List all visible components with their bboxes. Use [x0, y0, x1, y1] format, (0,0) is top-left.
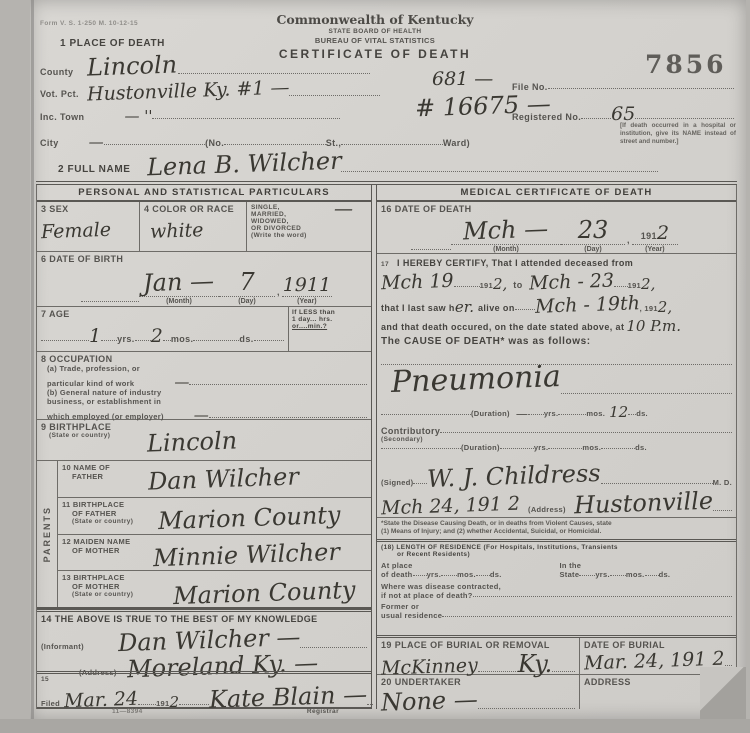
age-row: 7 AGE 1 yrs. 2 mos. ds.: [37, 307, 371, 352]
undertaker-label: 20 UNDERTAKER: [381, 677, 575, 687]
dotted-line: [411, 249, 451, 250]
dotted-line: [81, 301, 139, 302]
scan-bottom-edge: [0, 719, 750, 733]
mother-birthplace-row: 13 BIRTHPLACE OF MOTHER (State or countr…: [58, 571, 371, 607]
sex-label: 3 SEX: [41, 204, 135, 214]
to-word: to: [513, 280, 522, 290]
full-name-row: 2 FULL NAME Lena B. Wilcher: [58, 150, 658, 175]
dotted-line: [473, 596, 732, 597]
dotted-line: [289, 95, 380, 96]
duration2-mos-unit: mos.: [582, 443, 601, 452]
file-no-label: File No.: [512, 82, 548, 92]
res2-mos: mos.: [626, 570, 645, 579]
inc-town-label: Inc. Town: [40, 112, 84, 122]
dotted-line: [254, 340, 284, 341]
year-sublabel: (Year): [645, 246, 664, 253]
dotted-line: [610, 575, 626, 576]
month-sublabel: (Month): [166, 298, 192, 305]
registered-no-row: Registered No. 65: [512, 103, 734, 122]
hospital-note: [If death occurred in a hospital or inst…: [620, 122, 736, 146]
medical-section: MEDICAL CERTIFICATE OF DEATH 16 DATE OF …: [377, 185, 737, 709]
undertaker-value: None —: [381, 685, 479, 716]
dotted-line: [104, 144, 206, 145]
registered-no-label: Registered No.: [512, 112, 581, 122]
dotted-line: [178, 73, 371, 74]
age-less-note-3: or....min.?: [292, 323, 368, 330]
registrar-signature: Kate Blain —: [209, 680, 368, 714]
bureau-title: BUREAU OF VITAL STATISTICS: [225, 36, 525, 45]
board-title: STATE BOARD OF HEALTH: [225, 28, 525, 35]
duration-mos-unit: mos.: [586, 409, 605, 418]
age-label: 7 AGE: [41, 309, 284, 319]
file-number-handwritten: 681 —: [432, 68, 493, 90]
informant-label: (Informant): [41, 642, 84, 651]
file-no-row: File No.: [512, 82, 734, 92]
dotted-line: [548, 88, 734, 89]
of-death-label: of death: [381, 570, 413, 579]
attest-statement: 14 THE ABOVE IS TRUE TO THE BEST OF MY K…: [41, 614, 367, 624]
dob-day-value: 7: [239, 268, 254, 296]
age-years-value: 1: [89, 325, 101, 347]
city-no-label: (No.: [205, 138, 224, 148]
dotted-line: [581, 118, 611, 119]
filed-year-printed: 191: [156, 699, 169, 708]
md-label: M. D.: [713, 478, 732, 487]
dod-day-value: 23: [578, 216, 609, 244]
death-occurred-line: and that death occured, on the date stat…: [381, 322, 624, 332]
saw-year-handwritten: 2,: [658, 298, 672, 316]
dotted-line: [442, 616, 732, 617]
dotted-line: [635, 118, 734, 119]
residence-block: (18) LENGTH OF RESIDENCE (For Hospitals,…: [377, 542, 736, 635]
res2-ds: ds.: [659, 570, 671, 579]
res-ds: ds.: [490, 570, 502, 579]
dotted-line: [628, 414, 636, 415]
dotted-line: [135, 340, 151, 341]
dotted-line: [341, 144, 443, 145]
residence-label-2: or Recent Residents): [397, 551, 732, 558]
residence-at-place: At place of death yrs. mos. ds.: [381, 561, 549, 579]
dob-label: 6 DATE OF BIRTH: [41, 254, 367, 264]
file-number-stamp: 7856: [645, 50, 727, 79]
dotted-line: [381, 414, 471, 415]
mother-name-row: 12 MAIDEN NAME OF MOTHER Minnie Wilcher: [58, 535, 371, 571]
occupation-b-line1: (b) General nature of industry: [47, 388, 367, 397]
day-sublabel: (Day): [584, 246, 602, 253]
occupation-row: 8 OCCUPATION (a) Trade, profession, or p…: [37, 352, 371, 420]
marital-line-4: OR DIVORCED: [251, 225, 367, 232]
signed-address-value: Hustonville: [573, 487, 713, 520]
dotted-line: [614, 286, 628, 287]
signed-address-label: (Address): [528, 505, 566, 514]
precinct-row: Vot. Pct. Hustonville Ky. #1 —: [40, 80, 380, 99]
commonwealth-title: Commonwealth of Kentucky: [225, 12, 525, 27]
birthplace-value: Lincoln: [147, 427, 238, 458]
occupation-a-line1: (a) Trade, profession, or: [47, 364, 367, 373]
city-ward-label: Ward): [443, 138, 470, 148]
age-less-note-1: If LESS than: [292, 309, 368, 316]
inc-town-value: — '': [124, 107, 152, 125]
dod-year-group: 1912 (Year): [632, 222, 678, 253]
parents-vertical-label-cell: PARENTS: [37, 461, 58, 607]
filed-row: 15 Filed Mar. 24 191 2 Kate Blain — Regi…: [37, 671, 371, 709]
dotted-line: [552, 671, 575, 672]
dotted-line: [440, 432, 732, 433]
plate-number: 11—8394: [112, 708, 143, 715]
burial-row: 19 PLACE OF BURIAL OR REMOVAL McKinney K…: [377, 635, 736, 675]
birthplace-row: 9 BIRTHPLACE (State or country) Lincoln: [37, 420, 371, 461]
dod-year-handwritten: 2: [657, 222, 669, 244]
parents-vertical-label: PARENTS: [42, 506, 52, 562]
day-sublabel: (Day): [238, 298, 256, 305]
year-sublabel: (Year): [297, 298, 316, 305]
at-place-label: At place: [381, 561, 549, 570]
cause-of-death-label: The CAUSE OF DEATH* was as follows:: [381, 336, 732, 347]
place-of-death-label: 1 PLACE OF DEATH: [60, 38, 165, 49]
dotted-line: [441, 575, 457, 576]
certificate-body: PERSONAL AND STATISTICAL PARTICULARS 3 S…: [36, 181, 737, 709]
dotted-line: [561, 393, 732, 394]
dotted-line: [601, 448, 635, 449]
signature-block: (Signed) W. J. Childress M. D. Mch 24, 1…: [377, 460, 736, 517]
dotted-line: [713, 510, 732, 511]
dotted-line: [101, 340, 117, 341]
cause-of-death-block: Pneumonia (Duration) — yrs. mos. 12 ds.: [377, 352, 736, 424]
dotted-line: [548, 448, 582, 449]
residence-in-state: In the State yrs. mos. ds.: [549, 561, 732, 579]
age-months-unit: mos.: [171, 334, 194, 344]
attended-to-date: Mch - 23: [528, 270, 614, 295]
certify-intro: I HEREBY CERTIFY, That I attended deceas…: [397, 258, 633, 268]
dotted-line: [179, 704, 209, 705]
dotted-line: [478, 708, 575, 709]
occupation-a-line2: particular kind of work: [47, 379, 134, 388]
secondary-note: (Secondary): [381, 436, 732, 443]
county-label: County: [40, 67, 73, 77]
marital-value: —: [334, 198, 353, 220]
former-residence-line1: Former or: [381, 602, 732, 611]
dotted-line: [601, 483, 713, 484]
marital-cell: SINGLE, MARRIED, WIDOWED, OR DIVORCED (W…: [246, 202, 371, 251]
age-less-note-2: 1 day... hrs.: [292, 316, 368, 323]
certificate-scan: Form V. S. 1-250 M. 10-12-15 Commonwealt…: [0, 0, 750, 733]
duration2-yrs-unit: yrs.: [534, 443, 549, 452]
mother-birthplace-value: Marion County: [173, 576, 356, 610]
sex-value: Female: [41, 219, 112, 243]
filed-label: Filed: [41, 699, 60, 708]
age-less-cell: If LESS than 1 day... hrs. or....min.?: [288, 307, 371, 351]
res-mos: mos.: [457, 570, 476, 579]
filed-year-handwritten: 2: [169, 693, 179, 711]
dotted-line: [478, 671, 518, 672]
inc-town-row: Inc. Town — '': [40, 107, 340, 122]
last-saw-date: Mch - 19th: [534, 292, 640, 318]
where-contracted-line1: Where was disease contracted,: [381, 582, 732, 591]
age-cell: 7 AGE 1 yrs. 2 mos. ds.: [37, 307, 288, 351]
dotted-line: [454, 286, 480, 287]
residence-label-1: (18) LENGTH OF RESIDENCE (For Hospitals,…: [381, 544, 732, 551]
father-birthplace-row: 11 BIRTHPLACE OF FATHER (State or countr…: [58, 498, 371, 535]
scan-edge-line: [31, 0, 34, 733]
dotted-line: [558, 414, 586, 415]
dotted-line: [41, 340, 89, 341]
dotted-line: [413, 483, 427, 484]
personal-section-title: PERSONAL AND STATISTICAL PARTICULARS: [37, 185, 371, 202]
dotted-line: [515, 309, 535, 310]
burial-state-value: Ky.: [518, 650, 552, 678]
footnote-line2: (1) Means of Injury; and (2) whether Acc…: [381, 528, 732, 537]
dotted-line: [476, 575, 490, 576]
dob-year-group: 1911 (Year): [282, 274, 332, 305]
dob-month-group: Jan — (Month): [139, 268, 219, 305]
dotted-line: [528, 414, 544, 415]
contributory-label: Contributory: [381, 426, 440, 436]
dotted-line: [138, 704, 156, 705]
parents-block: PARENTS 10 NAME OF FATHER Dan Wilcher 11…: [37, 461, 371, 609]
county-value: Lincoln: [87, 50, 178, 81]
dod-year-printed: 191: [641, 231, 657, 241]
month-sublabel: (Month): [493, 246, 519, 253]
certification-block: 17 I HEREBY CERTIFY, That I attended dec…: [377, 254, 736, 352]
dod-month-group: Mch — (Month): [451, 216, 561, 253]
last-saw-pre: that I last saw h: [381, 303, 455, 313]
state-label: State: [559, 570, 579, 579]
duration2-ds-unit: ds.: [635, 443, 647, 452]
age-years-unit: yrs.: [117, 334, 135, 344]
attended-from-date: Mch 19: [381, 270, 454, 295]
footnote-block: *State the Disease Causing Death, or in …: [377, 517, 736, 542]
marital-note: (Write the word): [251, 232, 367, 239]
dotted-line: [645, 575, 659, 576]
dod-label: 16 DATE OF DEATH: [381, 204, 732, 214]
duration-ds-unit: ds.: [636, 409, 648, 418]
city-row: City — (No. St., Ward): [40, 133, 470, 148]
last-saw-pronoun: er.: [455, 298, 474, 316]
precinct-label: Vot. Pct.: [40, 89, 79, 99]
to-year-printed: 191: [628, 281, 641, 290]
full-name-label: 2 FULL NAME: [58, 164, 131, 175]
dotted-line: [189, 384, 367, 385]
physician-signature: W. J. Childress: [427, 459, 601, 493]
in-the-label: In the: [559, 561, 732, 570]
dotted-line: [300, 647, 367, 648]
where-contracted-line2: if not at place of death?: [381, 591, 473, 600]
duration-days-value: 12: [609, 403, 628, 421]
undertaker-cell: 20 UNDERTAKER None —: [377, 675, 579, 709]
age-months-value: 2: [151, 325, 163, 347]
dotted-line: [163, 340, 171, 341]
dotted-line: [209, 417, 367, 418]
dotted-line: [500, 448, 534, 449]
dotted-line: [224, 144, 326, 145]
race-cell: 4 COLOR OR RACE white: [139, 202, 246, 251]
res-yrs: yrs.: [427, 570, 442, 579]
burial-place-label: 19 PLACE OF BURIAL OR REMOVAL: [381, 640, 575, 650]
cause-of-death-value: Pneumonia: [390, 359, 561, 400]
mother-name-value: Minnie Wilcher: [153, 538, 341, 573]
dob-year-value: 1911: [283, 274, 331, 296]
personal-section: PERSONAL AND STATISTICAL PARTICULARS 3 S…: [36, 185, 371, 709]
dotted-line: [367, 704, 373, 705]
last-saw-mid: alive on: [478, 303, 515, 313]
county-row: County Lincoln: [40, 52, 370, 77]
duration-label: (Duration): [471, 409, 510, 418]
date-of-death-row: 16 DATE OF DEATH Mch — (Month) 23 (Day) …: [377, 202, 736, 254]
death-time-value: 10 P.m.: [626, 317, 681, 335]
father-name-value: Dan Wilcher: [148, 462, 300, 495]
dob-month-value: Jan —: [143, 267, 215, 297]
signed-date-value: Mch 24, 191 2: [381, 493, 521, 520]
footnote-line1: *State the Disease Causing Death, or in …: [381, 520, 732, 529]
from-year-handwritten: 2,: [493, 275, 507, 293]
form-number: Form V. S. 1-250 M. 10-12-15: [40, 20, 138, 27]
torn-corner: [700, 667, 746, 719]
duration-dash: —: [516, 407, 528, 421]
res2-yrs: yrs.: [595, 570, 610, 579]
dob-day-group: 7 (Day): [219, 268, 275, 305]
burial-place-cell: 19 PLACE OF BURIAL OR REMOVAL McKinney K…: [377, 638, 579, 674]
certify-number: 17: [381, 261, 389, 268]
former-residence-line2: usual residence: [381, 611, 442, 620]
city-value: —: [89, 133, 104, 151]
father-name-row: 10 NAME OF FATHER Dan Wilcher: [58, 461, 371, 498]
sex-cell: 3 SEX Female: [37, 202, 139, 251]
race-value: white: [150, 219, 204, 243]
contributory-block: Contributory (Secondary) (Duration) yrs.…: [377, 424, 736, 460]
dotted-line: [341, 171, 658, 172]
sex-race-marital-row: 3 SEX Female 4 COLOR OR RACE white SINGL…: [37, 202, 371, 252]
dotted-line: [579, 575, 595, 576]
signed-label: (Signed): [381, 478, 413, 487]
occupation-b-line2: business, or establishment in: [47, 397, 367, 406]
dotted-line: [725, 665, 732, 666]
dotted-line: [193, 340, 239, 341]
dod-day-group: 23 (Day): [561, 216, 625, 253]
age-days-unit: ds.: [239, 334, 253, 344]
comma: ,: [277, 287, 280, 297]
from-year-printed: 191: [480, 281, 493, 290]
duration2-label: (Duration): [461, 443, 500, 452]
informant-block: 14 THE ABOVE IS TRUE TO THE BEST OF MY K…: [37, 609, 371, 671]
medical-section-title: MEDICAL CERTIFICATE OF DEATH: [377, 185, 736, 202]
comma: ,: [627, 235, 630, 245]
city-label: City: [40, 138, 59, 148]
dotted-line: [413, 575, 427, 576]
dotted-line: [152, 118, 340, 119]
race-label: 4 COLOR OR RACE: [144, 204, 242, 214]
saw-year-printed: , 191: [640, 304, 658, 313]
dod-month-value: Mch —: [463, 215, 549, 246]
occupation-label: 8 OCCUPATION: [41, 354, 367, 364]
date-of-birth-row: 6 DATE OF BIRTH Jan — (Month) 7 (Day) , …: [37, 252, 371, 307]
duration-yrs-unit: yrs.: [544, 409, 559, 418]
undertaker-row: 20 UNDERTAKER None — ADDRESS: [377, 675, 736, 709]
father-birthplace-value: Marion County: [158, 501, 341, 535]
to-year-handwritten: 2,: [641, 275, 655, 293]
dotted-line: [381, 448, 461, 449]
occupation-a-value: —: [174, 373, 189, 391]
